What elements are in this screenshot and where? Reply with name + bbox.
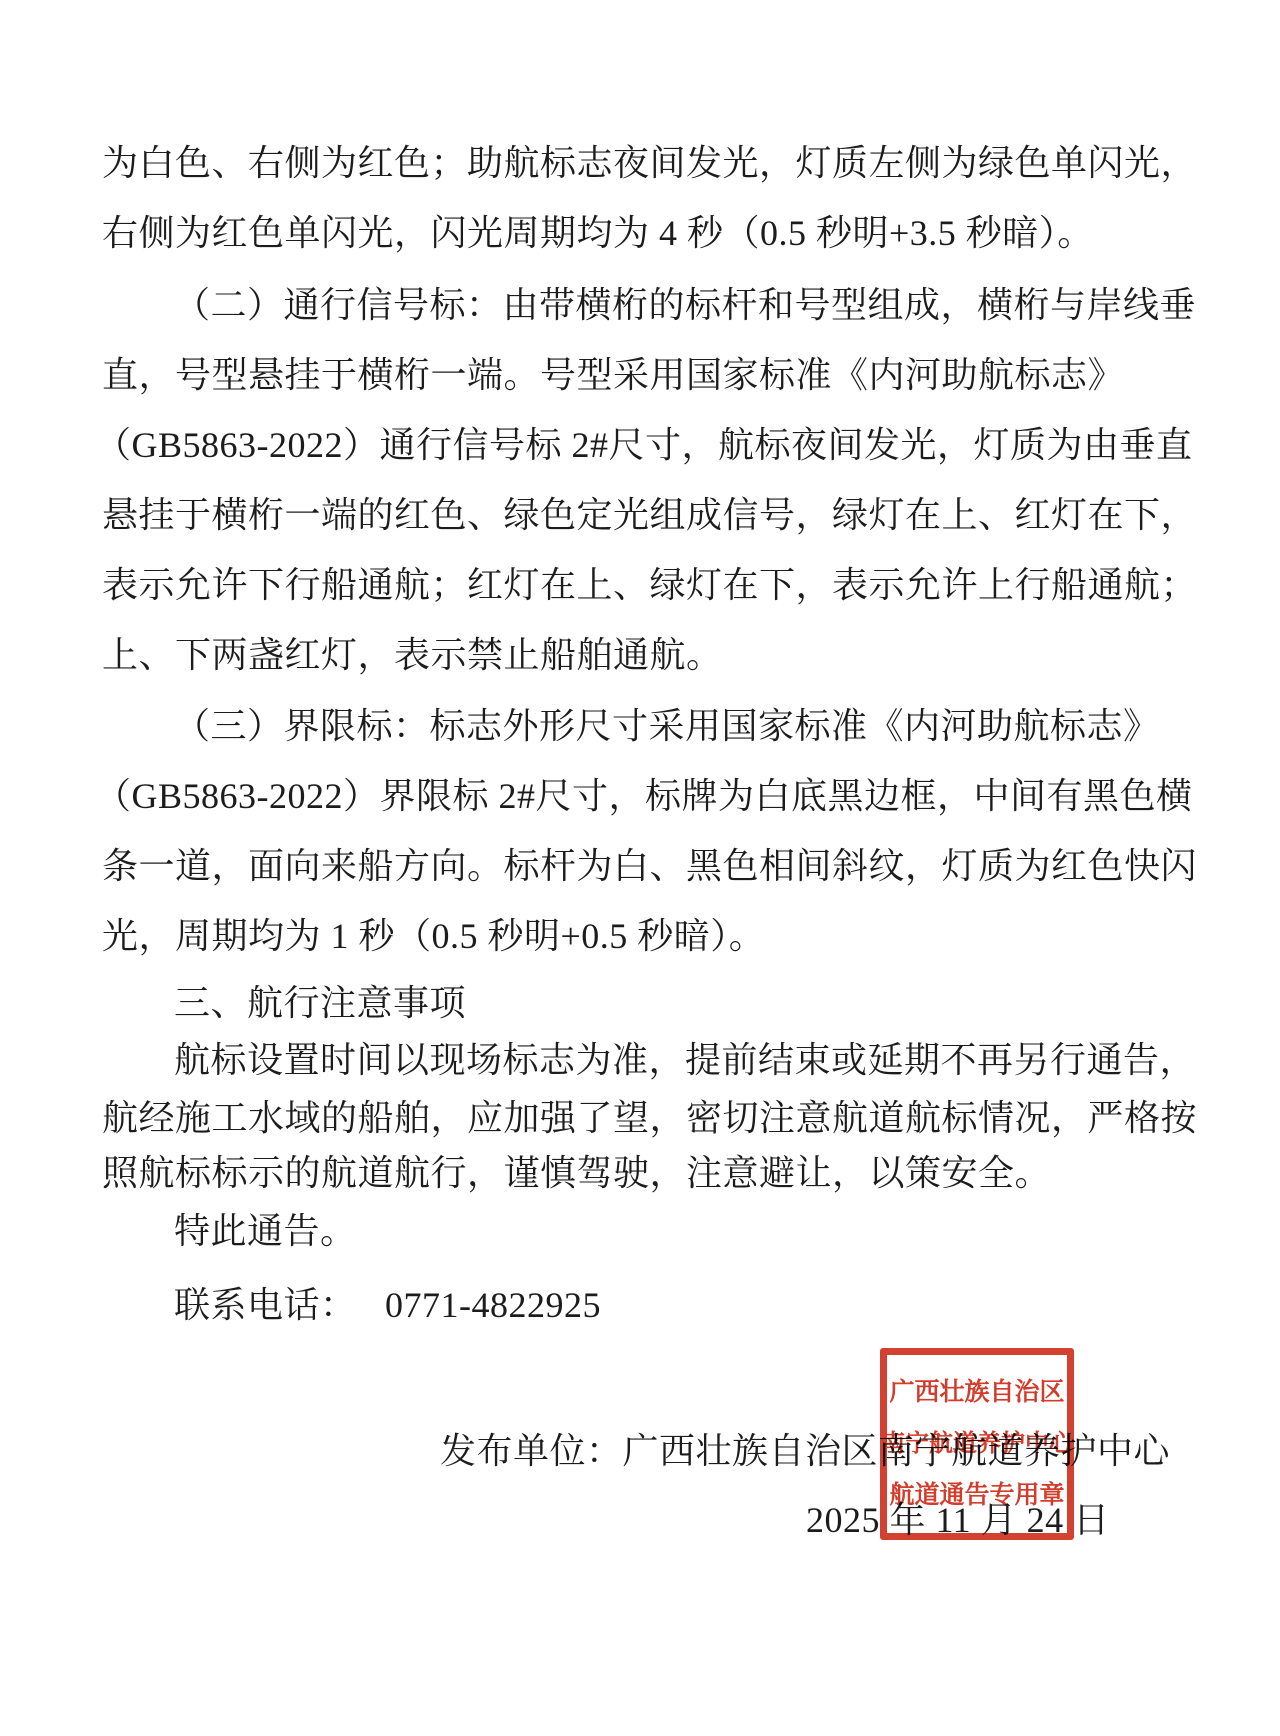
document-line: （GB5863-2022）通行信号标 2#尺寸，航标夜间发光，灯质为由垂直 [95, 422, 1193, 468]
document-line: （GB5863-2022）界限标 2#尺寸，标牌为白底黑边框，中间有黑色横 [95, 773, 1193, 819]
official-seal: 广西壮族自治区 南宁航道养护中心 航道通告专用章 [880, 1348, 1074, 1540]
document-line: 上、下两盏红灯，表示禁止船舶通航。 [102, 632, 723, 678]
document-line: 光，周期均为 1 秒（0.5 秒明+0.5 秒暗）。 [102, 913, 765, 959]
document-line: 照航标标示的航道航行，谨慎驾驶，注意避让，以策安全。 [102, 1150, 1051, 1196]
document-line: 悬挂于横桁一端的红色、绿色定光组成信号，绿灯在上、红灯在下， [102, 492, 1197, 538]
document-line: （三）界限标：标志外形尺寸采用国家标准《内河助航标志》 [174, 703, 1160, 749]
document-line: 右侧为红色单闪光，闪光周期均为 4 秒（0.5 秒明+3.5 秒暗）。 [102, 210, 1094, 256]
document-line: 航标设置时间以现场标志为准，提前结束或延期不再另行通告， [174, 1037, 1196, 1083]
section-heading: 三、航行注意事项 [174, 980, 466, 1026]
document-line: 航经施工水域的船舶，应加强了望，密切注意航道航标情况，严格按 [102, 1095, 1197, 1141]
document-line: 直，号型悬挂于横桁一端。号型采用国家标准《内河助航标志》 [102, 352, 1124, 398]
seal-text-line: 航道通告专用章 [889, 1482, 1064, 1510]
document-line: 为白色、右侧为红色；助航标志夜间发光，灯质左侧为绿色单闪光， [102, 140, 1197, 186]
notice-page: 为白色、右侧为红色；助航标志夜间发光，灯质左侧为绿色单闪光， 右侧为红色单闪光，… [0, 0, 1280, 1736]
closing-line: 特此通告。 [174, 1208, 357, 1254]
document-line: 条一道，面向来船方向。标杆为白、黑色相间斜纹，灯质为红色快闪 [102, 843, 1197, 889]
document-line: 表示允许下行船通航；红灯在上、绿灯在下，表示允许上行船通航； [102, 562, 1197, 608]
document-line: （二）通行信号标：由带横桁的标杆和号型组成，横桁与岸线垂 [174, 282, 1196, 328]
seal-text-line: 广西壮族自治区 [889, 1379, 1064, 1407]
contact-phone-line: 联系电话： 0771-4822925 [174, 1282, 601, 1328]
seal-text-line: 南宁航道养护中心 [881, 1430, 1073, 1458]
